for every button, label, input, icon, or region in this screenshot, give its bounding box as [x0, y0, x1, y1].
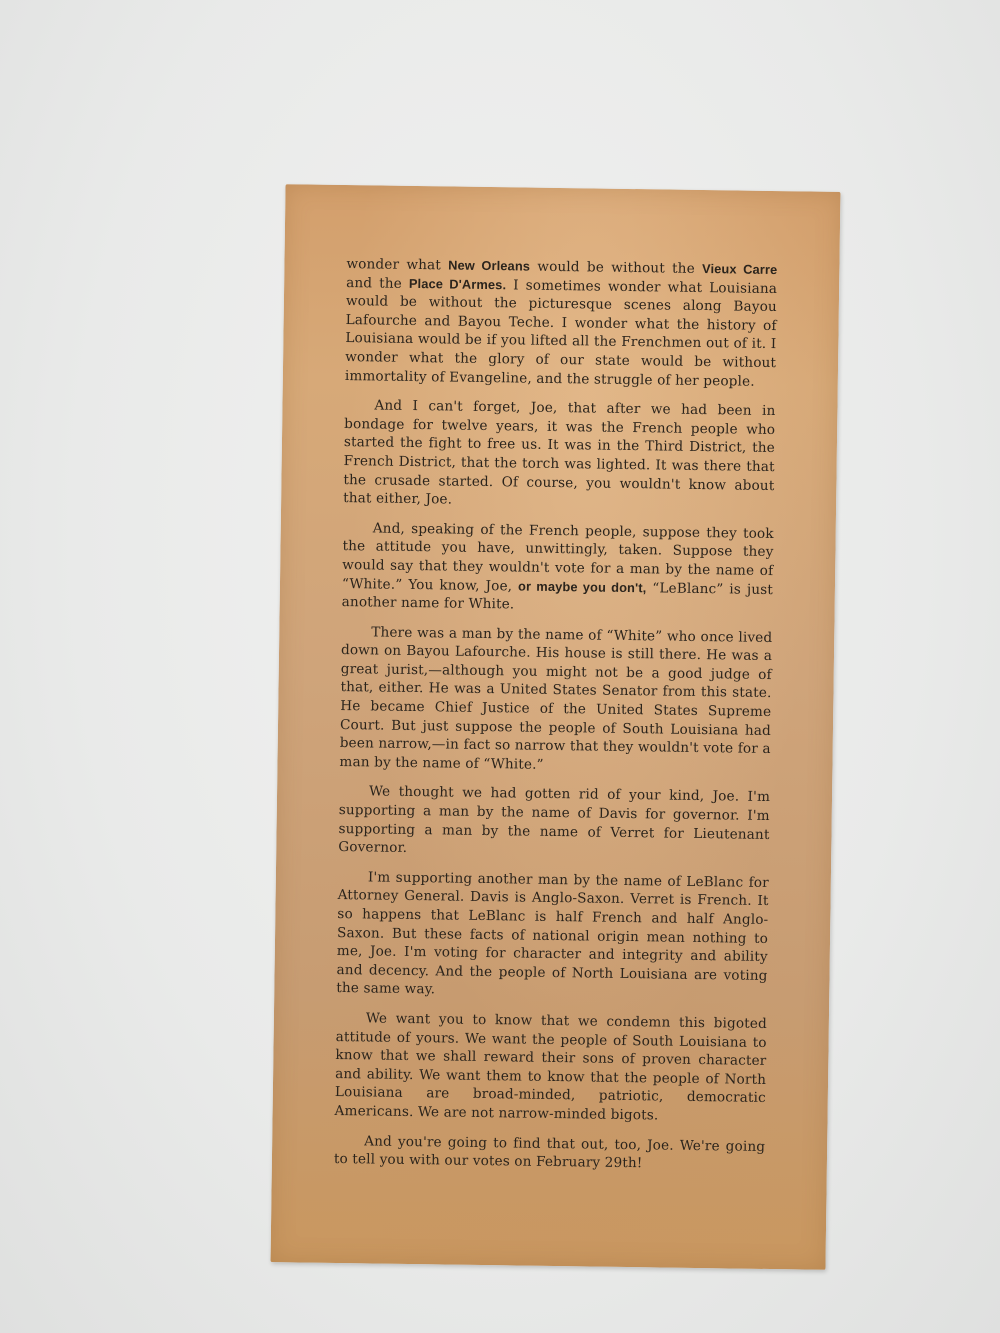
body-text: wonder what	[346, 256, 448, 273]
paragraph-condemn-bigotry: We want you to know that we condemn this…	[334, 1009, 767, 1127]
body-text: And you're going to find that out, too, …	[334, 1133, 765, 1171]
paragraph-vieux-carre: wonder what New Orleans would be without…	[345, 255, 778, 391]
emphasis-text: or maybe you don't,	[518, 578, 646, 595]
emphasis-text: Vieux Carre	[702, 261, 778, 277]
body-text: And I can't forget, Joe, that after we h…	[343, 398, 775, 508]
body-text: and the	[346, 275, 409, 292]
body-text: We thought we had gotten rid of your kin…	[338, 784, 770, 856]
leaflet-body-text: wonder what New Orleans would be without…	[334, 255, 778, 1186]
body-text: I sometimes wonder what Louisiana would …	[345, 277, 777, 389]
paragraph-leblanc-attorney-general: I'm supporting another man by the name o…	[336, 868, 769, 1004]
body-text: would be without the	[530, 259, 702, 277]
paragraph-davis-verret: We thought we had gotten rid of your kin…	[338, 782, 770, 862]
printed-leaflet: wonder what New Orleans would be without…	[271, 184, 841, 1270]
paragraph-french-people-free-us: And I can't forget, Joe, that after we h…	[343, 396, 776, 514]
body-text: I'm supporting another man by the name o…	[336, 869, 769, 998]
emphasis-text: New Orleans	[448, 257, 530, 273]
body-text: There was a man by the name of “White” w…	[339, 624, 772, 773]
paragraph-chief-justice-white: There was a man by the name of “White” w…	[339, 623, 772, 778]
paragraph-february-29th: And you're going to find that out, too, …	[334, 1131, 765, 1174]
paragraph-leblanc-white: And, speaking of the French people, supp…	[342, 519, 774, 618]
body-text: We want you to know that we condemn this…	[335, 1010, 767, 1123]
emphasis-text: Place D'Armes.	[409, 276, 507, 292]
